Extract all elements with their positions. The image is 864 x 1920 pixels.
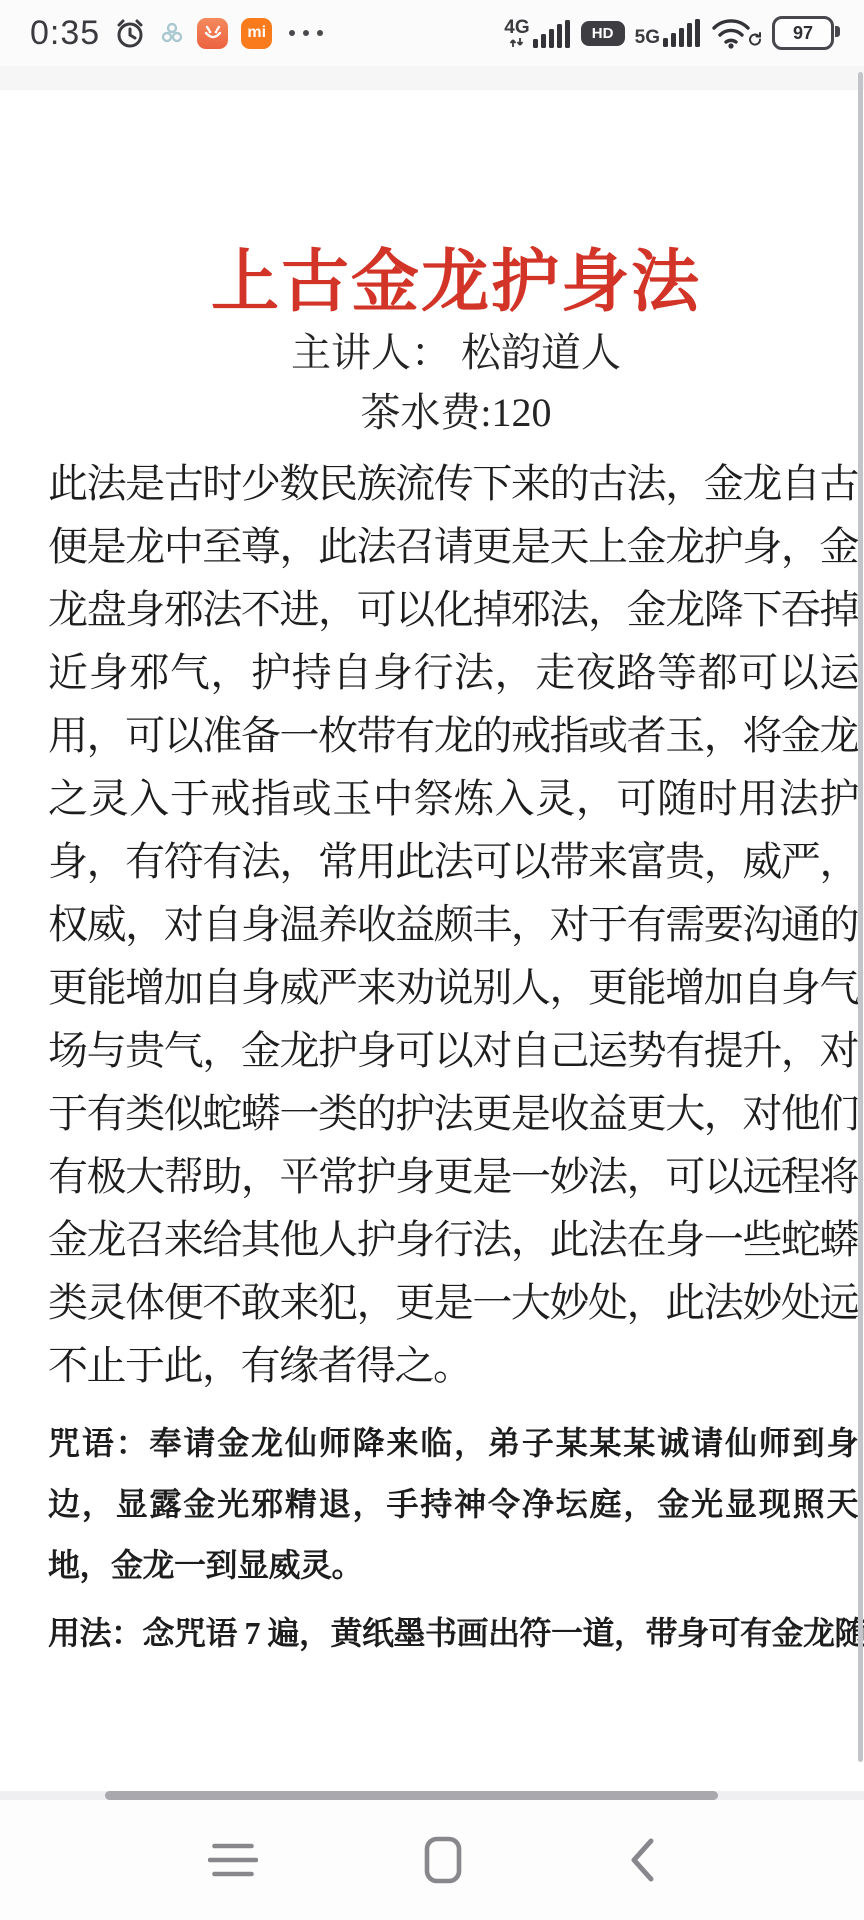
phone-screen: 0:35 [0,0,864,1920]
alarm-clock-icon [113,16,147,50]
document-title: 上古金龙护身法 [48,242,864,322]
battery-indicator: 97 [772,16,834,50]
document-viewer[interactable]: 上古金龙护身法 主讲人： 松韵道人 茶水费:120 此法是古时少数民族流传下来的… [0,66,864,1800]
signal-4g: 4G [504,18,570,48]
fidget-spinner-icon [160,21,184,45]
document-body-text: 此法是古时少数民族流传下来的古法，金龙自古便是龙中至尊，此法召请更是天上金龙护身… [48,452,858,1397]
wifi-cluster [711,17,762,49]
status-bar-left: 0:35 [30,16,323,50]
status-bar: 0:35 [0,0,864,66]
more-notifications-dots [289,30,323,36]
recents-menu-button[interactable] [200,1831,266,1889]
battery-percent: 97 [793,24,813,42]
shopping-app-icon [197,18,228,49]
signal-5g: 5G [635,19,701,47]
lecturer-line: 主讲人： 松韵道人 [48,324,864,382]
network-sync-icon [745,31,762,48]
network-5g-label: 5G [635,28,660,47]
horizontal-scrollbar-track [0,1791,864,1800]
recents-menu-icon [208,1839,258,1881]
signal-bars-4g-icon [533,20,571,48]
fee-line: 茶水费:120 [48,384,864,442]
network-4g-label: 4G [504,18,529,37]
navigation-bar [0,1800,864,1920]
clock-time: 0:35 [30,16,100,50]
document-image: 上古金龙护身法 主讲人： 松韵道人 茶水费:120 此法是古时少数民族流传下来的… [48,66,864,1656]
status-bar-right: 4G HD [504,16,834,50]
xiaomi-app-icon: mi [241,18,272,49]
signal-bars-5g-icon [663,19,701,47]
back-button[interactable] [620,1829,664,1891]
home-button[interactable] [416,1828,470,1892]
data-transfer-arrows-icon [509,37,525,48]
vertical-scrollbar[interactable] [858,72,863,1762]
horizontal-scrollbar[interactable] [105,1791,718,1800]
hd-voice-badge: HD [581,21,625,46]
xiaomi-logo-text: mi [247,25,266,41]
mantra-text: 咒语：奉请金龙仙师降来临，弟子某某某诚请仙师到身边，显露金光邪精退，手持神令净坛… [48,1413,858,1596]
back-icon [628,1837,656,1883]
usage-text: 用法：念咒语 7 遍，黄纸墨书画出符一道，带身可有金龙随 [48,1610,864,1656]
home-icon [424,1836,462,1884]
